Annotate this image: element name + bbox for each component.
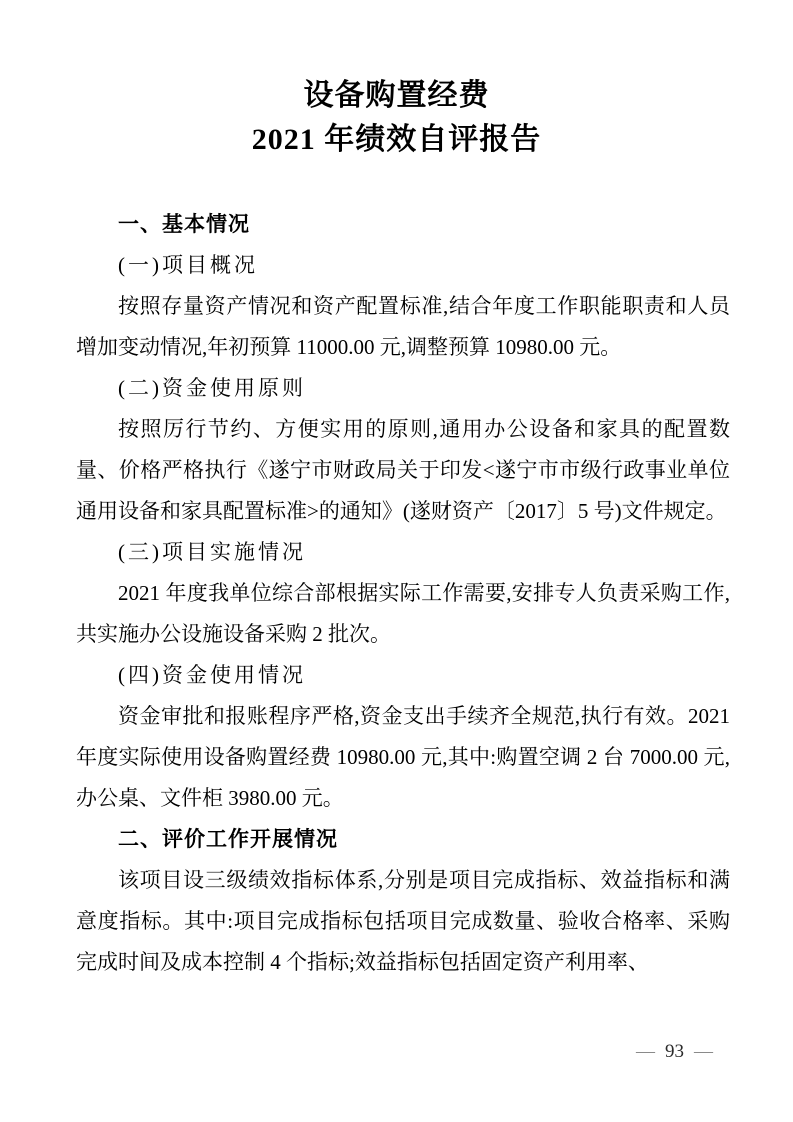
paragraph-fund-use-principle: 按照厉行节约、方便实用的原则,通用办公设备和家具的配置数量、价格严格执行《遂宁市… bbox=[76, 409, 730, 532]
document-body: 一、基本情况 (一)项目概况 按照存量资产情况和资产配置标准,结合年度工作职能职… bbox=[76, 204, 730, 983]
page-number-dash-right: — bbox=[694, 1041, 713, 1062]
subheading-fund-use-principle: (二)资金使用原则 bbox=[76, 368, 730, 409]
page-number-dash-left: — bbox=[636, 1041, 655, 1062]
title-line-2: 2021 年绩效自评报告 bbox=[0, 118, 793, 162]
section-heading-evaluation-work: 二、评价工作开展情况 bbox=[76, 819, 730, 860]
paragraph-fund-use-situation: 资金审批和报账程序严格,资金支出手续齐全规范,执行有效。2021 年度实际使用设… bbox=[76, 696, 730, 819]
subheading-project-overview: (一)项目概况 bbox=[76, 245, 730, 286]
subheading-fund-use-situation: (四)资金使用情况 bbox=[76, 655, 730, 696]
paragraph-implementation: 2021 年度我单位综合部根据实际工作需要,安排专人负责采购工作,共实施办公设施… bbox=[76, 573, 730, 655]
title-line-1: 设备购置经费 bbox=[0, 74, 793, 118]
subheading-implementation: (三)项目实施情况 bbox=[76, 532, 730, 573]
page-number-value: 93 bbox=[665, 1041, 684, 1062]
page-number: —93— bbox=[636, 1040, 713, 1064]
paragraph-indicator-system: 该项目设三级绩效指标体系,分别是项目完成指标、效益指标和满意度指标。其中:项目完… bbox=[76, 860, 730, 983]
section-heading-basic-info: 一、基本情况 bbox=[76, 204, 730, 245]
paragraph-project-overview: 按照存量资产情况和资产配置标准,结合年度工作职能职责和人员增加变动情况,年初预算… bbox=[76, 286, 730, 368]
document-page: 设备购置经费 2021 年绩效自评报告 一、基本情况 (一)项目概况 按照存量资… bbox=[0, 0, 793, 1122]
document-title: 设备购置经费 2021 年绩效自评报告 bbox=[0, 74, 793, 162]
